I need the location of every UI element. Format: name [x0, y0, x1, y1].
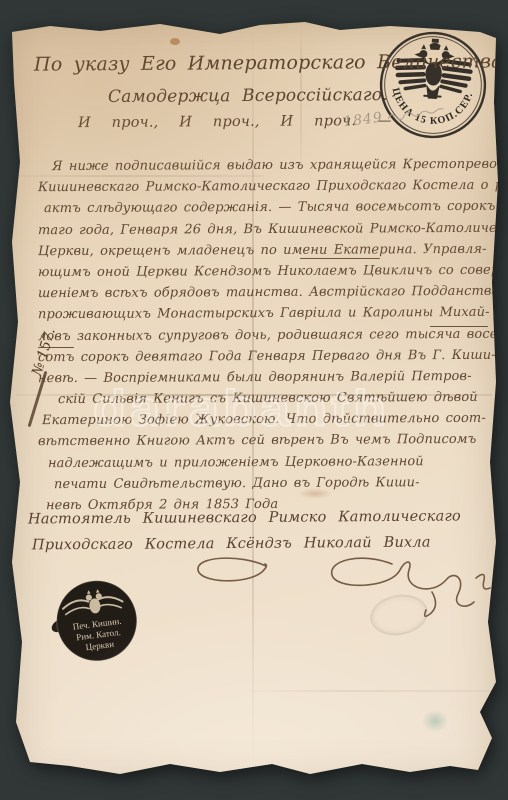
red-speck [10, 284, 14, 288]
header-line-2: Самодержца Всероссійскаго. [108, 85, 388, 107]
signature-line-1: Настоятель Кишиневскаго Римско Католичес… [28, 508, 461, 527]
header-line-1: По указу Его Императорскаго Величества [34, 50, 503, 75]
body-line: печати Свидѣтельствую. Дано въ Городѣ Ки… [38, 475, 490, 499]
body-line: Церкви, окрещенъ младенецъ по имени Екат… [38, 242, 490, 266]
red-speck [12, 296, 15, 299]
rust-stain [170, 38, 180, 45]
body-line: таго года, Генваря 26 дня, Въ Кишиневско… [38, 220, 490, 244]
body-line: вѣтственно Книгою Актъ сей вѣренъ Въ чем… [38, 432, 490, 456]
church-seal: Печ. Кишин. Рим. Катол. Церкви [42, 570, 149, 677]
document-sheet: ЦЕНА 15 КОП.СЕР. По указу Его Императорс… [10, 22, 498, 788]
body-text-block: Я ниже подписавшійся выдаю изъ хранящейс… [38, 158, 490, 518]
photo-background: ЦЕНА 15 КОП.СЕР. По указу Его Императорс… [0, 0, 508, 800]
body-line: скій Сильвія Кенигъ съ Кишиневскою Святѣ… [38, 390, 490, 414]
horizontal-crease-lower [250, 690, 490, 692]
body-line: невѣ. — Воспріемниками были дворянинъ Ва… [38, 369, 490, 393]
signature-flourish [170, 552, 500, 630]
body-line: Кишиневскаго Римско-Католическаго Приход… [38, 178, 490, 202]
body-line: ловъ законныхъ супруговъ дочь, родившаяс… [38, 326, 490, 350]
body-line: сотъ сорокъ девятаго Года Генваря Перваг… [38, 348, 490, 372]
paper-surface: ЦЕНА 15 КОП.СЕР. По указу Его Императорс… [10, 22, 498, 788]
body-line: Екатериною Зофіею Жуковскою. Что дѣйстви… [38, 411, 490, 435]
body-line: шеніемъ всѣхъ обрядовъ таинства. Австрій… [38, 284, 490, 308]
body-line: проживающихъ Монастырскихъ Гавріила и Ка… [38, 305, 490, 329]
body-line: Я ниже подписавшійся выдаю изъ хранящейс… [38, 157, 490, 181]
body-line: надлежащимъ и приложеніемъ Церковно-Казе… [38, 453, 490, 477]
signature-line-2: Приходскаго Костела Ксёндзъ Николай Вихл… [32, 535, 431, 554]
body-line: актъ слѣдующаго содержанія. — Тысяча вос… [38, 199, 490, 223]
teal-smudge [422, 710, 448, 732]
body-line: ющимъ оной Церкви Ксендзомъ Николаемъ Цв… [38, 263, 490, 287]
